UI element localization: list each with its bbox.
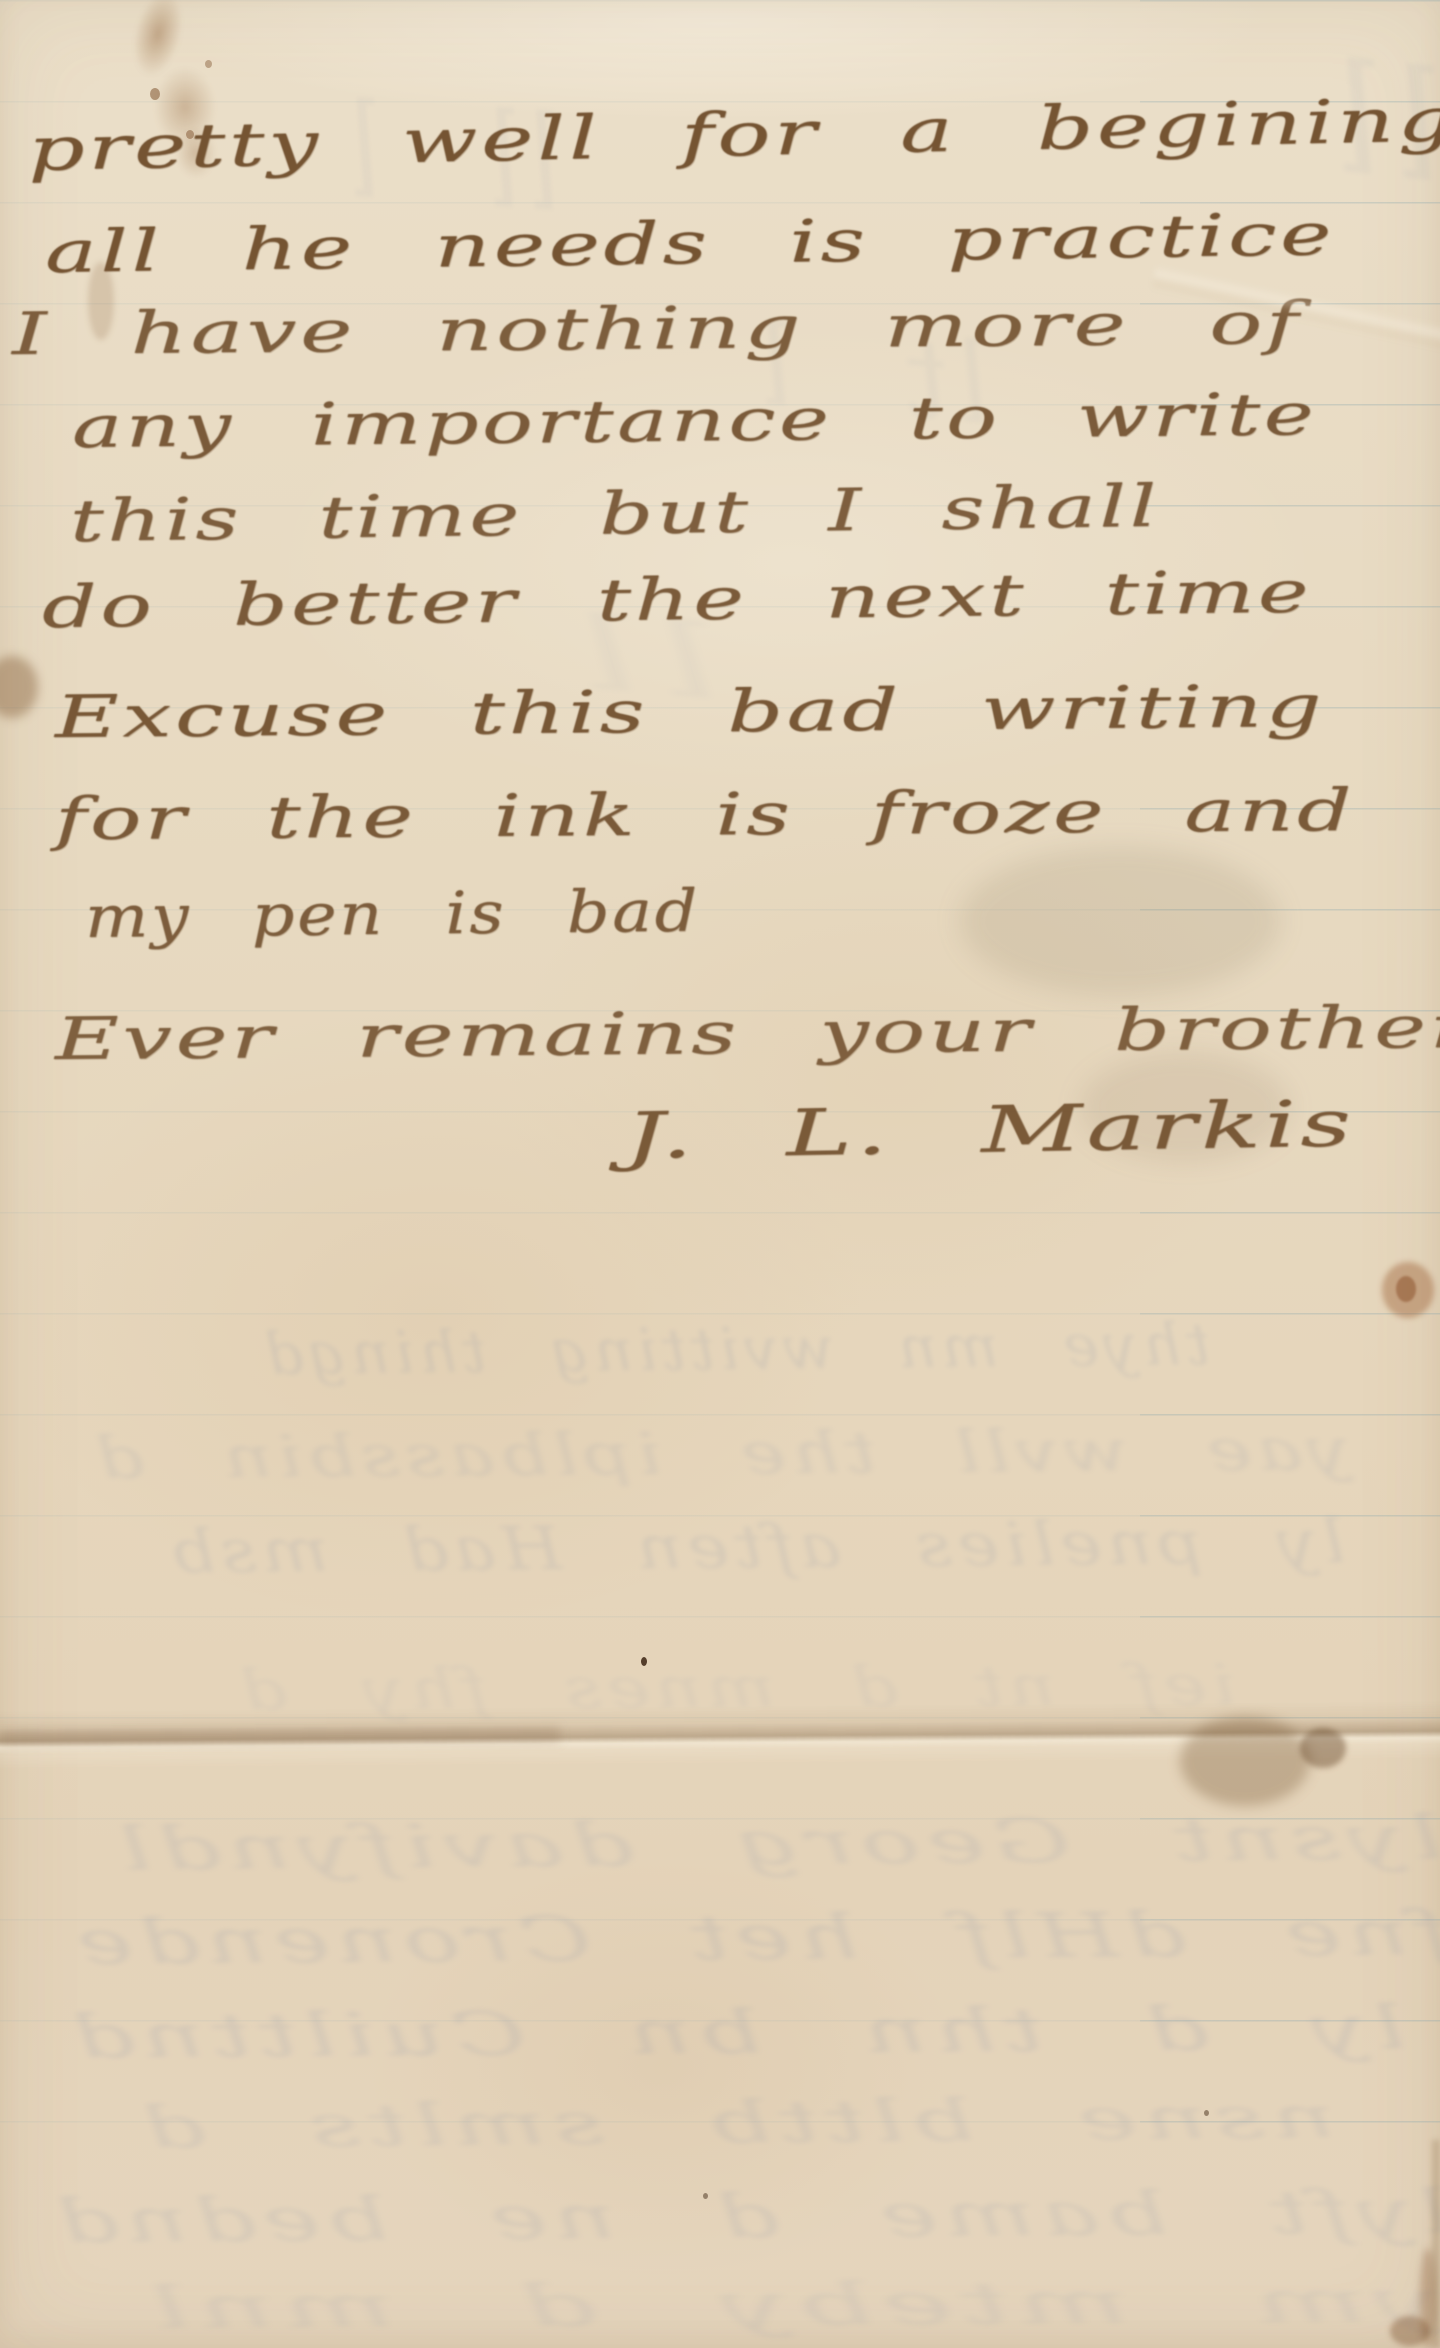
bleedthrough-line: lyft bame d ne bednd [50, 2182, 1440, 2252]
letter-line: this time but I shall [70, 477, 1161, 550]
bleedthrough-line: ly pnelies aften Had msb [165, 1512, 1345, 1582]
letter-line: Excuse this bad writing [55, 677, 1325, 746]
bleedthrough-line: ym mteby d mnl [142, 2272, 1440, 2337]
bleedthrough-line: nsne blttb smlts d [135, 2088, 1335, 2156]
bleedthrough-line: lysnt Georg davifyndl [112, 1808, 1440, 1880]
rust-mark-right-edge [1396, 1276, 1416, 1302]
letter-line: for the ink is froze and [55, 781, 1355, 848]
haze-near-signature [960, 846, 1280, 996]
letter-line: I have nothing more of [12, 294, 1302, 363]
rust-mark-right-edge [1382, 1262, 1434, 1318]
ink-smudge-left-edge [0, 656, 38, 718]
stain-speck [205, 60, 212, 68]
letter-line: do better the next time [42, 562, 1313, 636]
letter-page: ll l ll lt l ll thye mn wvitting thingd … [0, 0, 1440, 2348]
letter-line: all he needs is practice [45, 205, 1336, 281]
fold-crease [0, 1701, 1440, 1769]
ink-stain-top-left [112, 0, 203, 100]
bleedthrough-line: thye mn wvitting thingd [260, 1315, 1211, 1383]
bleedthrough-line: fne dHlf het Cronende [70, 1902, 1440, 1974]
letter-line: any importance to write [72, 385, 1318, 456]
letter-line: my pen is bad [85, 882, 701, 946]
bleedthrough-line: yae wvll the iplbassbin d [90, 1420, 1350, 1487]
bleedthrough-line: ly d thn bn Cuilttnd [65, 1998, 1405, 2067]
letter-line: pretty well for a begining [27, 90, 1440, 180]
stain-speck [150, 88, 160, 100]
letter-closing-line: Ever remains your brother [55, 998, 1440, 1068]
signature-line: J. L. Markis [624, 1092, 1355, 1169]
